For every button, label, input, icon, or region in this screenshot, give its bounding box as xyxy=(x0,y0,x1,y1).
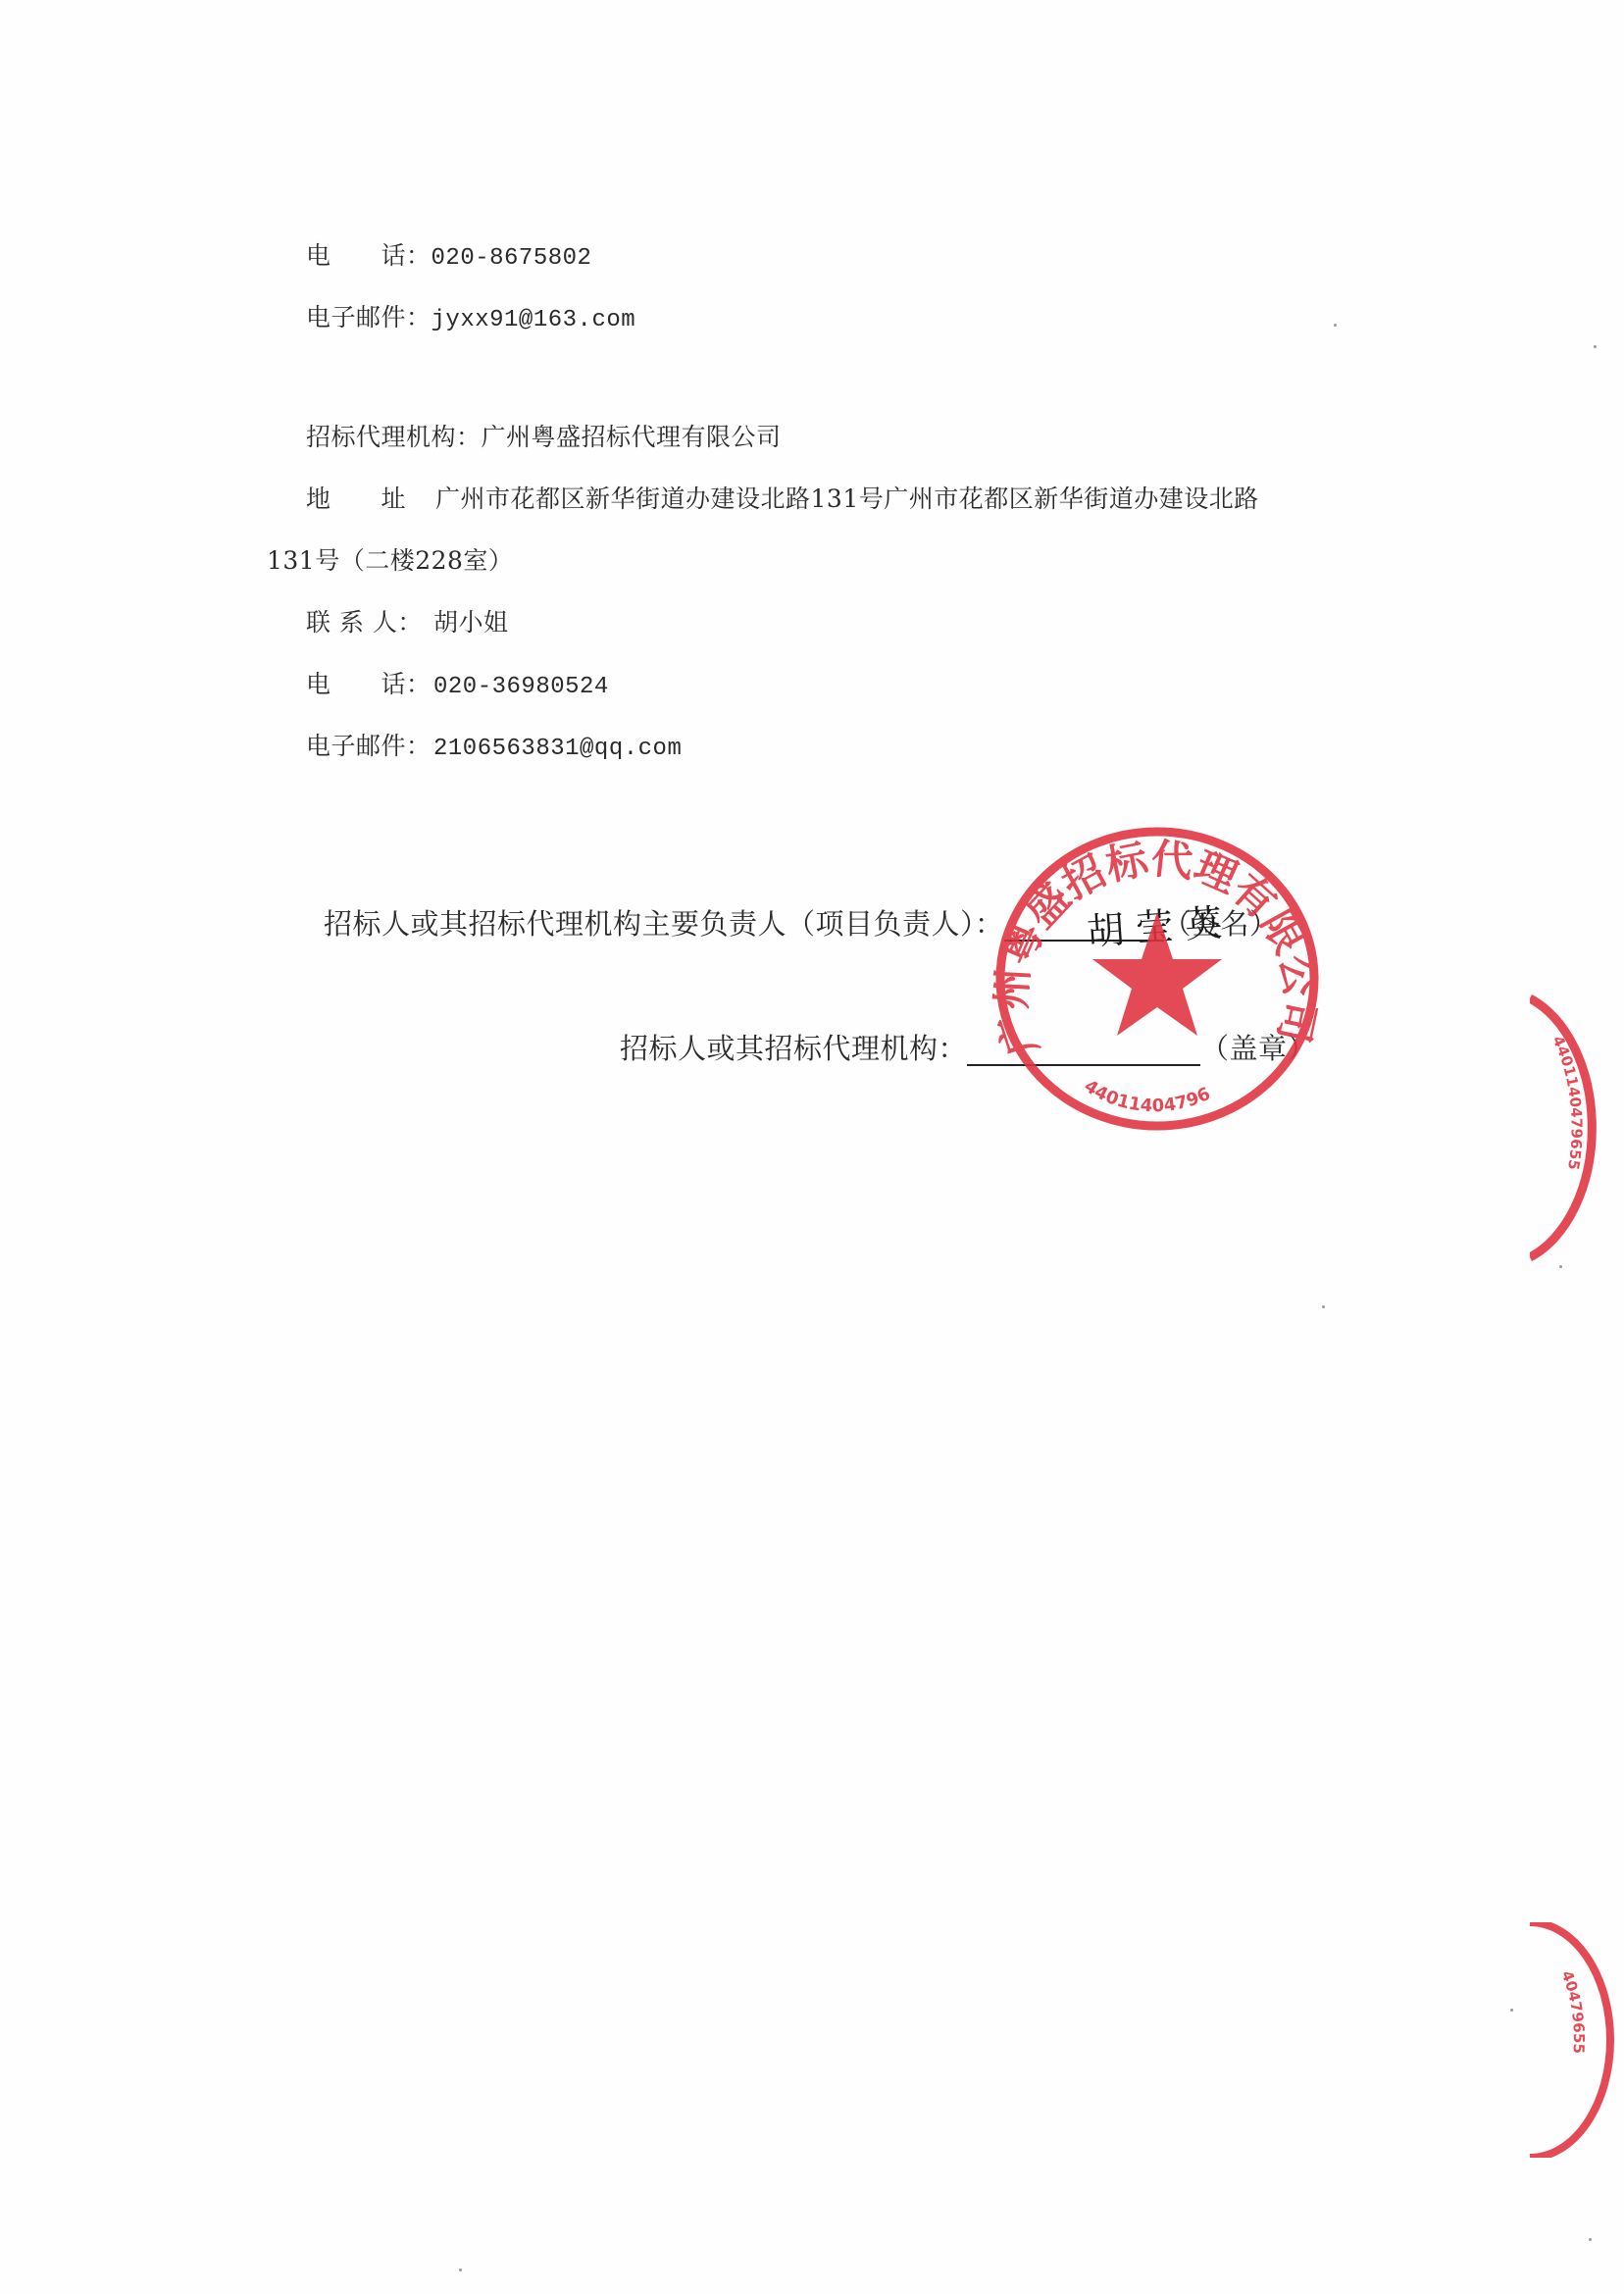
phone-label: 电 话： xyxy=(306,669,433,700)
email-label: 电子邮件： xyxy=(306,302,431,333)
agency-name-line: 招标代理机构：广州粤盛招标代理有限公司 xyxy=(306,422,782,453)
agency-name: 广州粤盛招标代理有限公司 xyxy=(482,423,782,451)
scan-speck xyxy=(1334,324,1337,327)
contact-name: 胡小姐 xyxy=(433,608,509,637)
agency-phone: 020-36980524 xyxy=(433,674,609,700)
address-label: 地 址 xyxy=(306,484,435,515)
edge-seal-lower: 40479655 xyxy=(1530,1922,1624,2158)
org-label: 招标人或其招标代理机构： xyxy=(620,1032,967,1065)
agency-address-line: 地 址广州市花都区新华街道办建设北路131号广州市花都区新华街道办建设北路 xyxy=(306,484,1259,515)
phone-label: 电 话： xyxy=(306,240,431,272)
scan-speck xyxy=(1589,2238,1592,2241)
agency-label: 招标代理机构： xyxy=(306,423,482,451)
agency-email-line: 电子邮件：2106563831@qq.com xyxy=(306,731,682,765)
seal-code: 44011404796 xyxy=(1081,1076,1214,1117)
scan-speck xyxy=(1510,2009,1513,2012)
agency-contact-line: 联 系 人：胡小姐 xyxy=(306,607,509,638)
company-seal-stamp: 广州粤盛招标代理有限公司 44011404796 xyxy=(990,822,1324,1136)
star-icon xyxy=(1092,912,1222,1036)
scan-speck xyxy=(1594,345,1597,348)
document-page: 电 话：020-8675802 电子邮件：jyxx91@163.com 招标代理… xyxy=(0,0,1624,2294)
tenderer-phone-line: 电 话：020-8675802 xyxy=(306,240,591,275)
email-label: 电子邮件： xyxy=(306,731,433,762)
agency-address-line1: 广州市花都区新华街道办建设北路131号广州市花都区新华街道办建设北路 xyxy=(435,484,1259,513)
tenderer-email-line: 电子邮件：jyxx91@163.com xyxy=(306,302,635,336)
scan-speck xyxy=(459,2269,462,2271)
contact-label: 联 系 人： xyxy=(306,607,433,638)
scan-speck xyxy=(1322,1305,1325,1308)
agency-phone-line: 电 话：020-36980524 xyxy=(306,669,609,703)
agency-address-cont: 131号（二楼228室） xyxy=(267,546,513,575)
tenderer-email: jyxx91@163.com xyxy=(431,307,636,333)
agency-email: 2106563831@qq.com xyxy=(433,736,682,762)
agency-address-line2: 131号（二楼228室） xyxy=(267,545,513,577)
scan-speck xyxy=(1559,1265,1562,1268)
responsible-label: 招标人或其招标代理机构主要负责人（项目负责人）： xyxy=(324,907,1004,941)
edge-seal-upper: 4401140479655 xyxy=(1530,991,1624,1265)
tenderer-phone: 020-8675802 xyxy=(431,245,592,272)
edge-seal-code-2: 40479655 xyxy=(1557,1968,1588,2055)
